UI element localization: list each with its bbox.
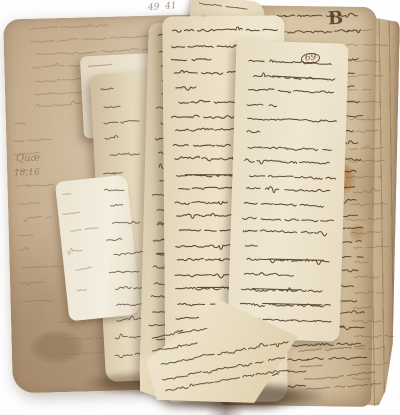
- mark-quae: Quæ: [16, 154, 40, 165]
- mark-b: B: [328, 10, 344, 29]
- photo-manuscript-notebook: B616949 41Quæ18,16: [0, 0, 400, 415]
- mark-49-41: 49 41: [148, 2, 177, 13]
- handwriting-region-sheet69-dense: [236, 57, 342, 332]
- mark-18-16: 18,16: [14, 169, 40, 179]
- handwriting-region-fore-edge-faint: [339, 25, 394, 388]
